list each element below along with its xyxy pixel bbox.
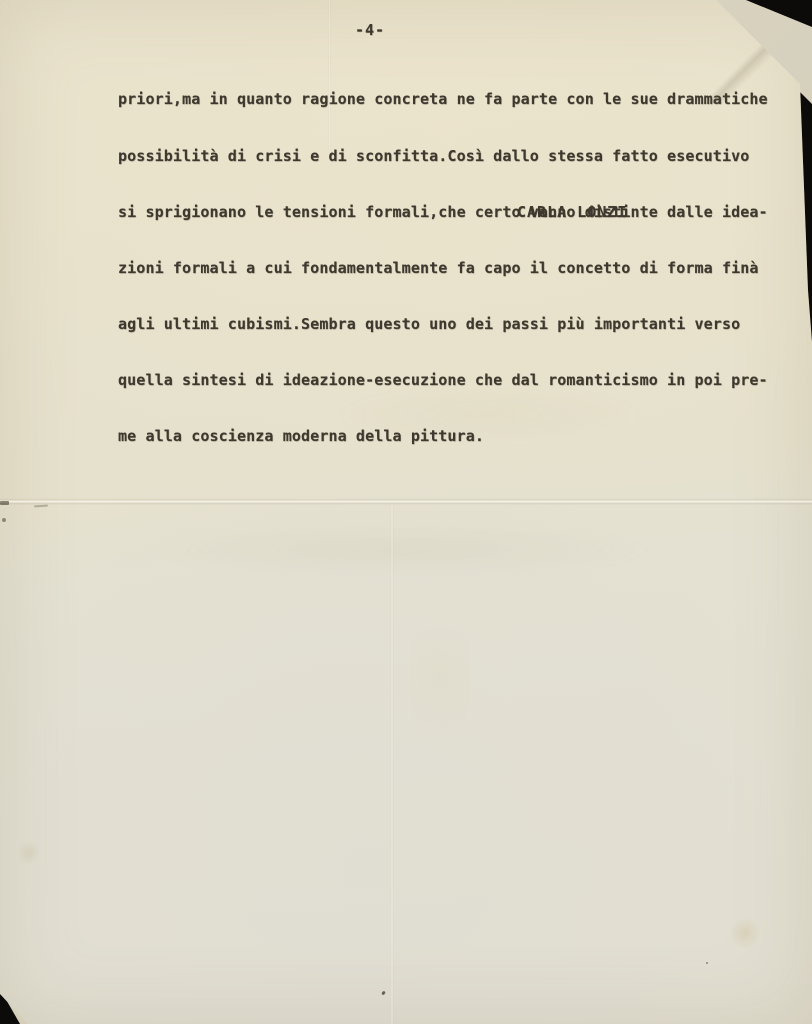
text-line: priori,ma in quanto ragione concreta ne …	[118, 90, 798, 109]
page-number: -4-	[0, 21, 740, 39]
paper-stain	[16, 842, 42, 864]
text-line: zioni formali a cui fondamentalmente fa …	[118, 259, 798, 278]
paper-stain	[728, 918, 762, 948]
horizontal-fold-crease	[0, 498, 812, 505]
fold-edge-speck	[2, 518, 6, 522]
dust-speck	[706, 962, 708, 964]
text-line: me alla coscienza moderna della pittura.	[118, 427, 798, 446]
dust-speck	[381, 991, 386, 996]
fold-edge-mark	[34, 505, 48, 508]
document-page: -4- priori,ma in quanto ragione concreta…	[0, 0, 812, 1024]
fold-edge-notch	[0, 501, 9, 505]
vertical-fold-crease	[390, 505, 394, 1024]
text-line: si sprigionano le tensioni formali,che c…	[118, 203, 798, 222]
vertical-crease-top	[328, 0, 331, 150]
text-line: agli ultimi cubismi.Sembra questo uno de…	[118, 315, 798, 334]
scanned-document: -4- priori,ma in quanto ragione concreta…	[0, 0, 812, 1024]
typed-paragraph: priori,ma in quanto ragione concreta ne …	[118, 53, 798, 483]
paper-stain	[410, 600, 470, 760]
text-line: quella sintesi di ideazione-esecuzione c…	[118, 371, 798, 390]
text-line: possibilità di crisi e di sconfitta.Così…	[118, 147, 798, 166]
author-signature: CARLA LONZI	[517, 203, 627, 221]
bleed-through-ghost	[60, 520, 740, 580]
